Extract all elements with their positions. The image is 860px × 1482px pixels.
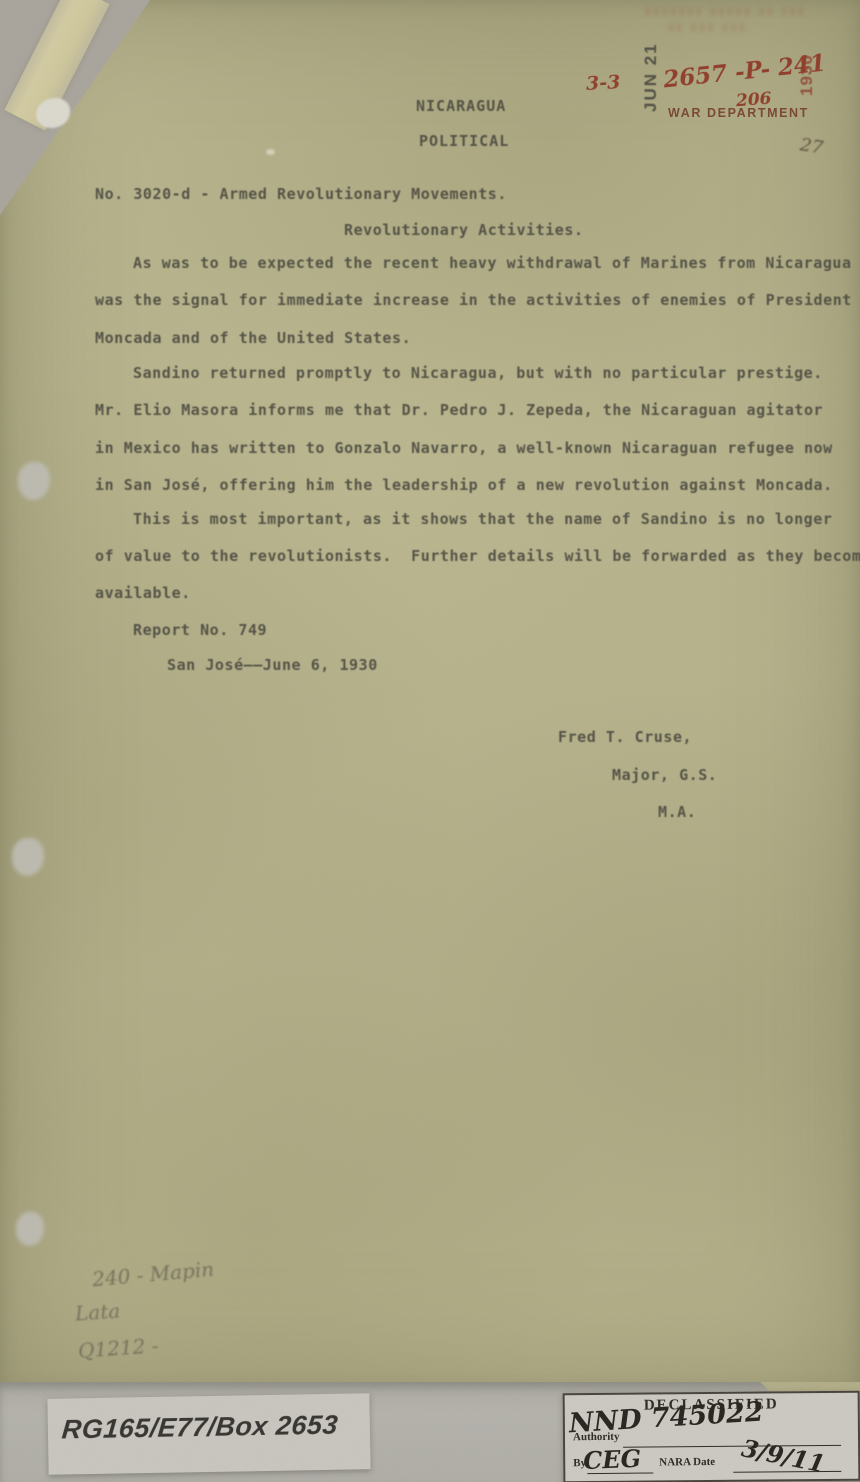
signature-rank: Major, G.S. [612,766,717,784]
faint-office-stamp-line2: ▮▮ ▮▮▮ ▮▮▮ [668,22,748,33]
body-line: available. [95,584,191,602]
body-line: Moncada and of the United States. [95,329,411,347]
handwritten-page-note: 3-3 [585,71,620,95]
report-number-line: Report No. 749 [133,621,267,639]
signature-name: Fred T. Cruse, [558,728,692,746]
record-group-label: RG165/E77/Box 2653 [47,1393,370,1475]
memo-paper [0,0,860,1392]
body-line: This is most important, as it shows that… [133,510,832,528]
body-line: was the signal for immediate increase in… [95,291,852,309]
declassified-stamp: DECLASSIFIED Authority NND 745022 By CEG… [563,1391,860,1482]
paper-speck [266,149,275,155]
nara-date-label: NARA Date [659,1456,715,1468]
body-line: in Mexico has written to Gonzalo Navarro… [95,439,833,457]
war-department-stamp: WAR DEPARTMENT [668,106,809,120]
scanned-document-photo: ▮▮▮▮▮▮▮ ▮▮▮▮▮ ▮▮ ▮▮▮ ▮▮ ▮▮▮ ▮▮▮ JUN 21 1… [0,0,860,1482]
body-line: in San José, offering him the leadership… [95,476,833,494]
body-line: Mr. Elio Masora informs me that Dr. Pedr… [95,401,823,419]
received-date-stamp: JUN 21 [641,42,661,112]
header-category: POLITICAL [419,132,509,150]
body-line: of value to the revolutionists. Further … [95,547,860,565]
section-heading: Revolutionary Activities. [344,221,584,239]
dateline: San José——June 6, 1930 [167,656,378,674]
subject-line: No. 3020-d - Armed Revolutionary Movemen… [95,185,507,203]
record-group-text: RG165/E77/Box 2653 [61,1410,340,1446]
signature-branch: M.A. [658,803,696,821]
by-value-handwritten: CEG [583,1444,642,1475]
body-line: Sandino returned promptly to Nicaragua, … [133,364,823,382]
pencil-note-2: Lata [74,1298,121,1325]
pencil-note-27: 27 [798,134,824,159]
body-line: As was to be expected the recent heavy w… [133,254,852,272]
header-country: NICARAGUA [416,97,506,115]
faint-office-stamp-line1: ▮▮▮▮▮▮▮ ▮▮▮▮▮ ▮▮ ▮▮▮ [645,6,807,17]
